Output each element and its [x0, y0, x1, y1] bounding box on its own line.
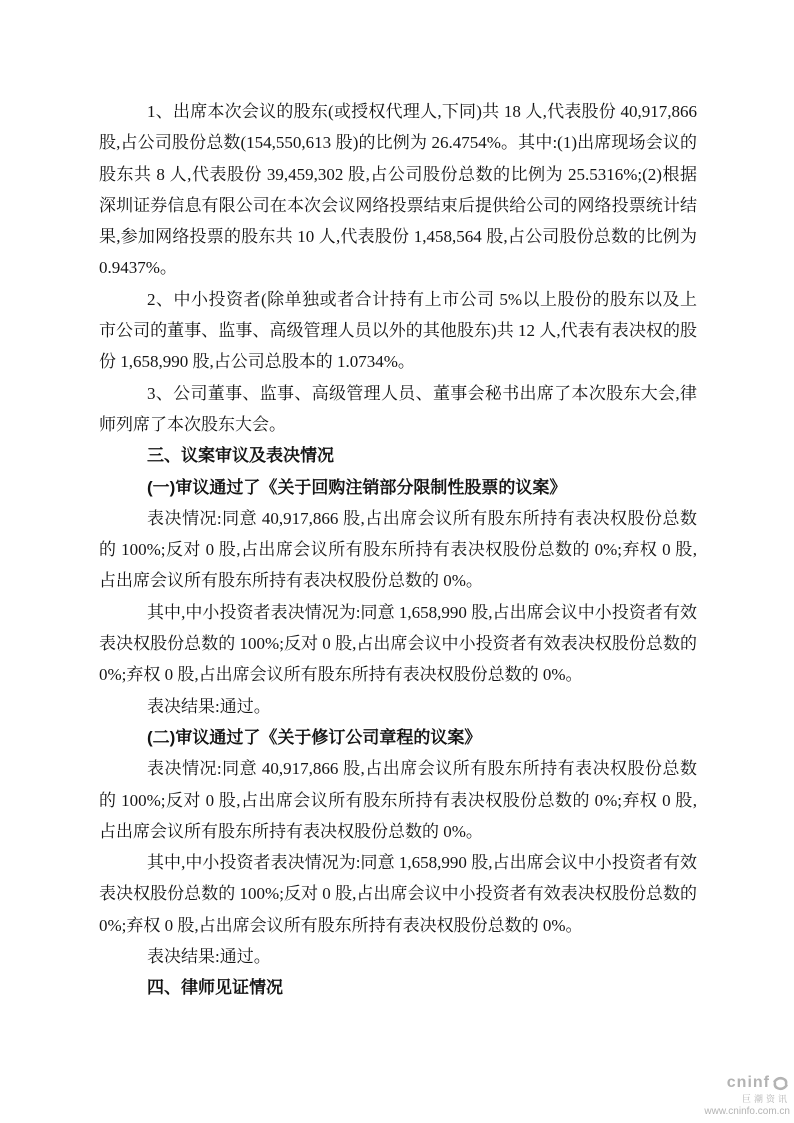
cninfo-logo: cninf [704, 1074, 790, 1093]
body-paragraph: 表决情况:同意 40,917,866 股,占出席会议所有股东所持有表决权股份总数… [99, 503, 697, 597]
body-paragraph: 3、公司董事、监事、高级管理人员、董事会秘书出席了本次股东大会,律师列席了本次股… [99, 378, 697, 441]
body-paragraph: 表决情况:同意 40,917,866 股,占出席会议所有股东所持有表决权股份总数… [99, 753, 697, 847]
cninfo-watermark: cninf 巨潮资讯 www.cninfo.com.cn [704, 1074, 790, 1117]
body-paragraph: 表决结果:通过。 [99, 691, 697, 722]
document-page: 1、出席本次会议的股东(或授权代理人,下同)共 18 人,代表股份 40,917… [0, 0, 794, 1123]
body-paragraph: 其中,中小投资者表决情况为:同意 1,658,990 股,占出席会议中小投资者有… [99, 597, 697, 691]
document-body: 1、出席本次会议的股东(或授权代理人,下同)共 18 人,代表股份 40,917… [99, 96, 697, 1004]
body-paragraph: 其中,中小投资者表决情况为:同意 1,658,990 股,占出席会议中小投资者有… [99, 847, 697, 941]
section-heading: 三、议案审议及表决情况 [99, 440, 697, 471]
subsection-heading: (一)审议通过了《关于回购注销部分限制性股票的议案》 [99, 472, 697, 503]
section-heading: 四、律师见证情况 [99, 972, 697, 1003]
body-paragraph: 1、出席本次会议的股东(或授权代理人,下同)共 18 人,代表股份 40,917… [99, 96, 697, 284]
cninfo-url: www.cninfo.com.cn [704, 1106, 790, 1118]
body-paragraph: 2、中小投资者(除单独或者合计持有上市公司 5%以上股份的股东以及上市公司的董事… [99, 284, 697, 378]
cninfo-swirl-icon [771, 1074, 790, 1093]
body-paragraph: 表决结果:通过。 [99, 941, 697, 972]
cninfo-chinese-label: 巨潮资讯 [704, 1094, 790, 1104]
cninfo-brand-text: cninf [727, 1074, 770, 1092]
subsection-heading: (二)审议通过了《关于修订公司章程的议案》 [99, 722, 697, 753]
